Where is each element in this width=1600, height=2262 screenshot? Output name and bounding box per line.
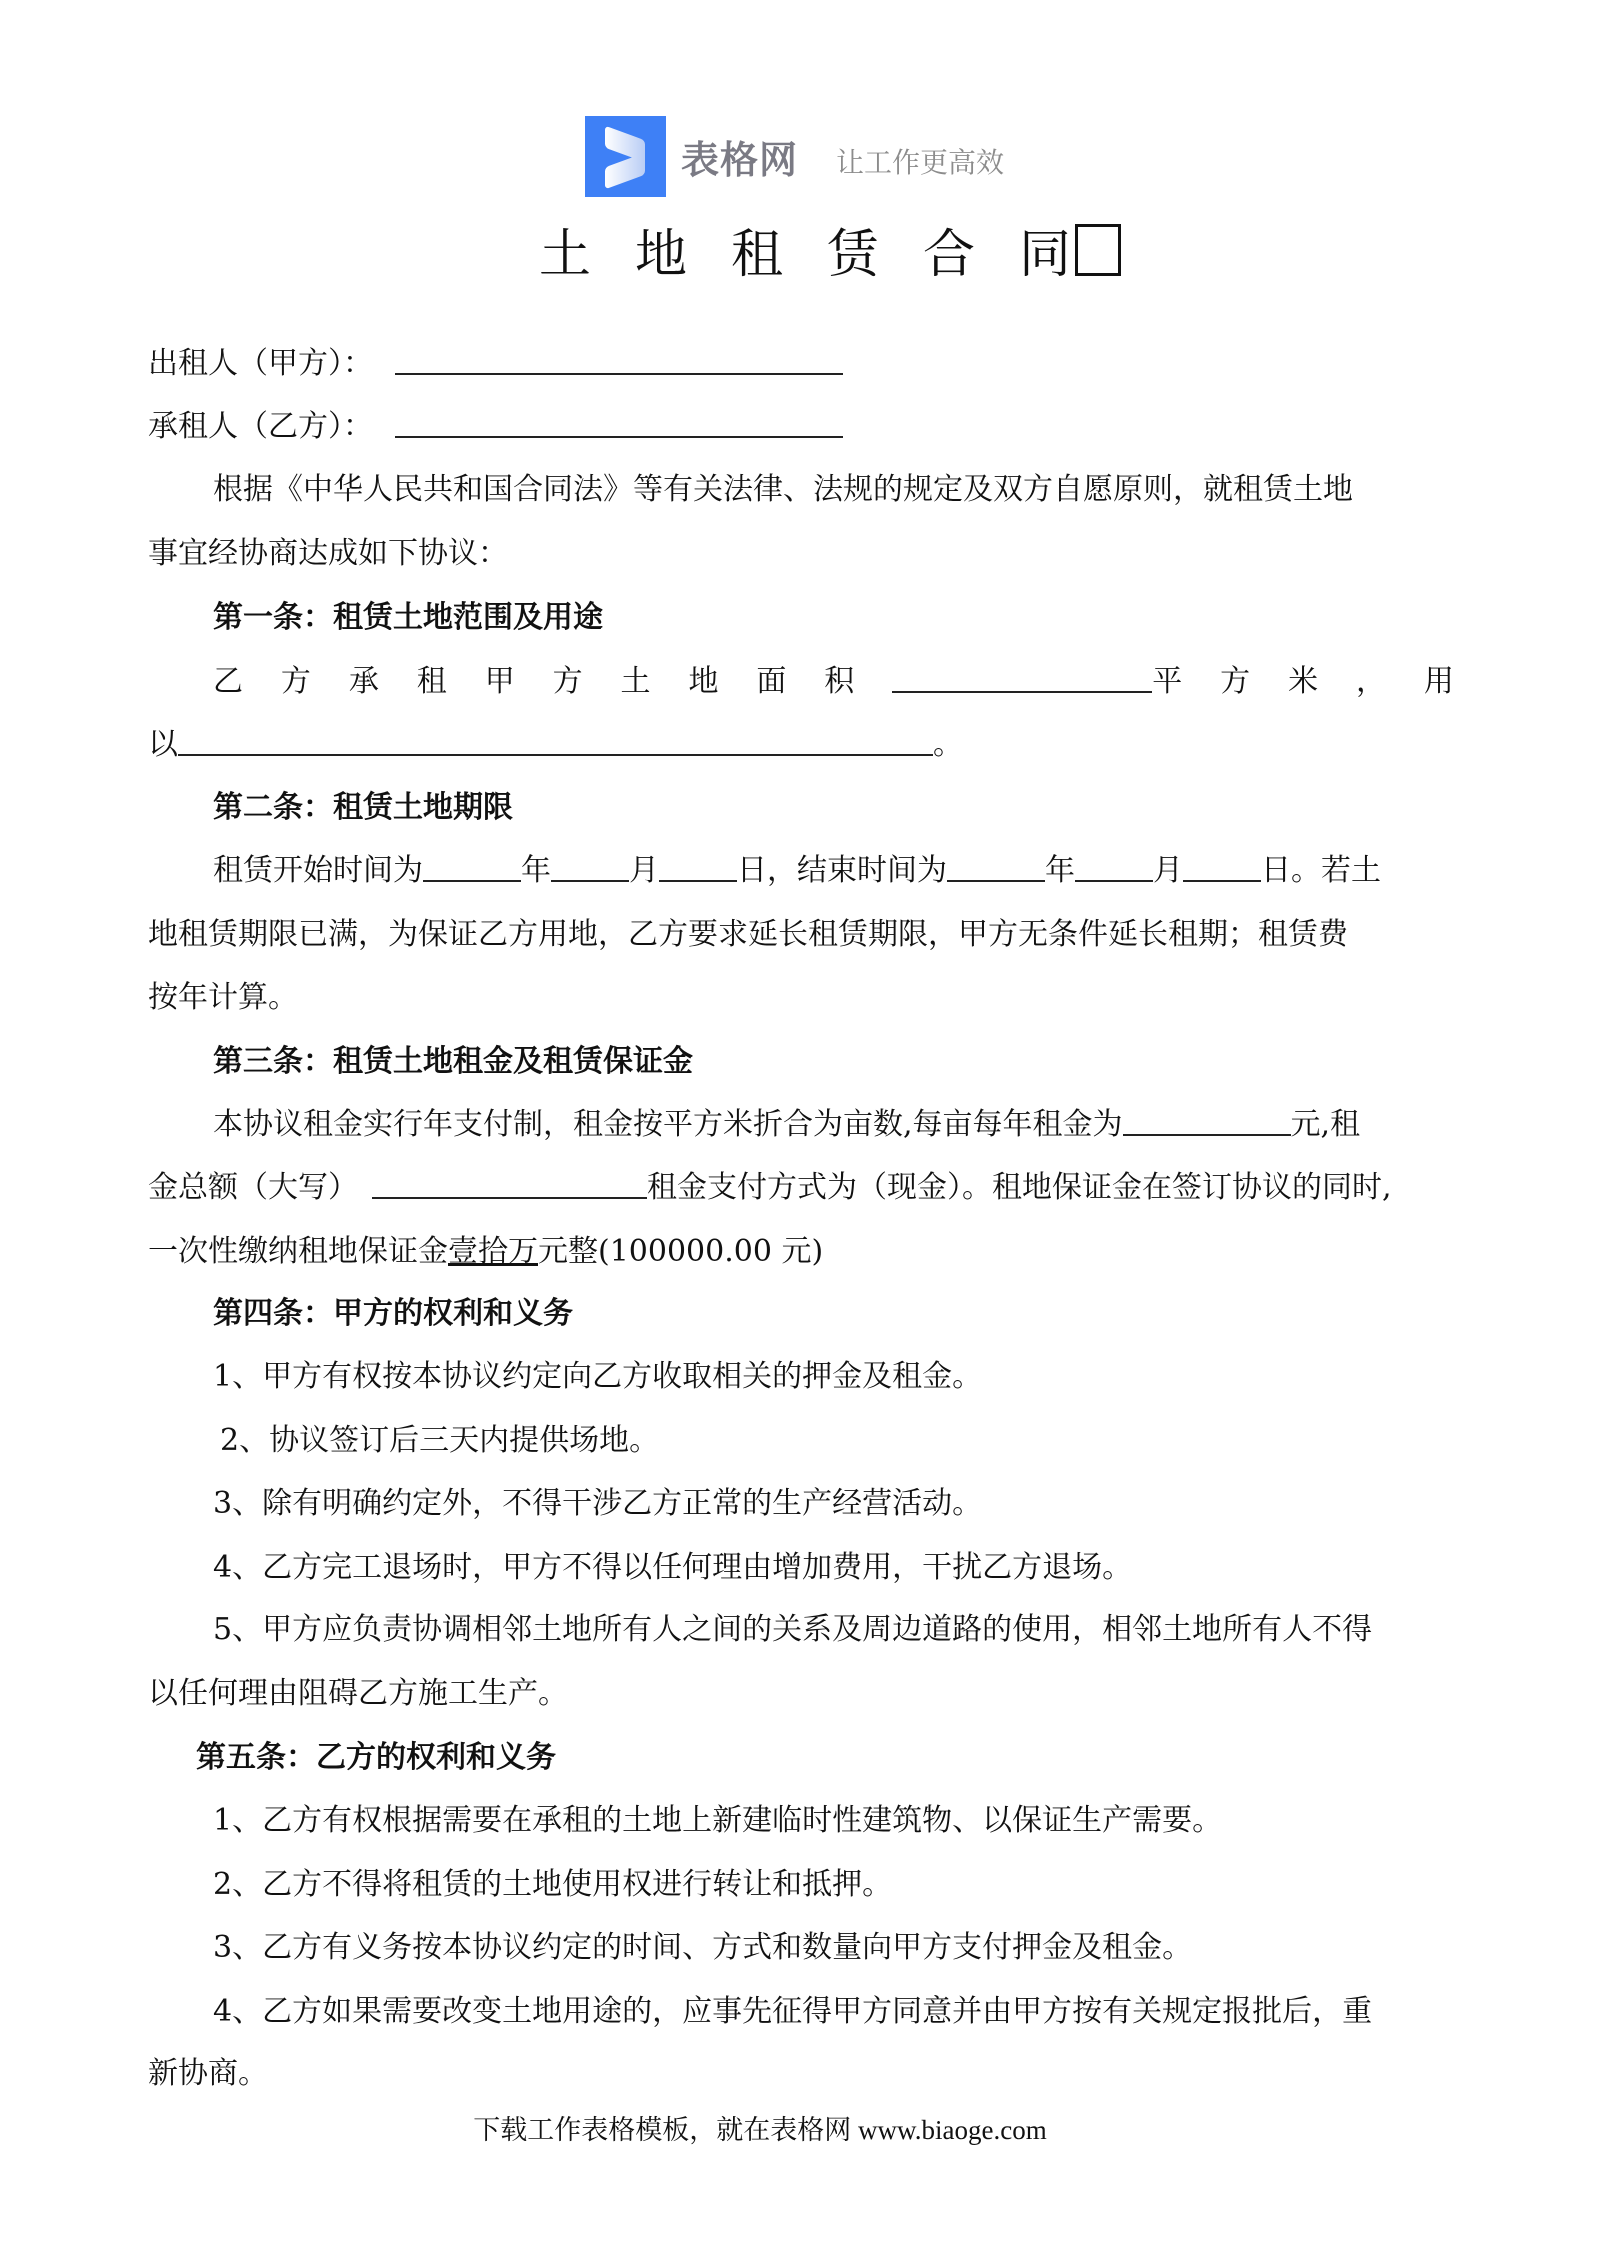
preamble-line-2: 事宜经协商达成如下协议： xyxy=(148,522,1454,585)
land-usage-field[interactable] xyxy=(178,718,933,756)
biaoge-logo-icon xyxy=(585,116,666,197)
article-5-item-4: 4、乙方如果需要改变土地用途的，应事先征得甲方同意并由甲方按有关规定报批后，重 xyxy=(148,1980,1454,2043)
end-year-field[interactable] xyxy=(947,844,1045,882)
article-2-line-2: 地租赁期限已满，为保证乙方用地，乙方要求延长租赁期限，甲方无条件延长租期；租赁费 xyxy=(148,903,1454,966)
article-5-item-3: 3、乙方有义务按本协议约定的时间、方式和数量向甲方支付押金及租金。 xyxy=(148,1916,1454,1979)
article-4-item-1: 1、甲方有权按本协议约定向乙方收取相关的押金及租金。 xyxy=(148,1345,1454,1408)
article-1-heading: 第一条：租赁土地范围及用途 xyxy=(148,586,1454,649)
end-month-field[interactable] xyxy=(1075,844,1153,882)
article-1-line-2: 以。 xyxy=(148,713,1454,776)
article-4-item-3: 3、除有明确约定外，不得干涉乙方正常的生产经营活动。 xyxy=(148,1472,1454,1535)
article-5-heading: 第五条：乙方的权利和义务 xyxy=(148,1726,1454,1789)
start-month-field[interactable] xyxy=(551,844,629,882)
lessee-name-field[interactable] xyxy=(395,400,843,438)
article-4-item-2: 2、协议签订后三天内提供场地。 xyxy=(148,1409,1454,1472)
article-1-line-1: 乙 方 承 租 甲 方 土 地 面 积 平 方 米 ， 用 xyxy=(148,650,1454,713)
article-5-item-1: 1、乙方有权根据需要在承租的土地上新建临时性建筑物、以保证生产需要。 xyxy=(148,1789,1454,1852)
lessee-line: 承租人（乙方）： xyxy=(148,395,1454,458)
total-rent-field[interactable] xyxy=(372,1161,647,1199)
article-5-item-4-cont: 新协商。 xyxy=(148,2042,1454,2105)
brand-name: 表格网 xyxy=(681,129,798,184)
article-4-item-5-cont: 以任何理由阻碍乙方施工生产。 xyxy=(148,1662,1454,1725)
end-day-field[interactable] xyxy=(1183,844,1261,882)
brand-slogan: 让工作更高效 xyxy=(836,141,1004,181)
article-3-heading: 第三条：租赁土地租金及租赁保证金 xyxy=(148,1030,1454,1093)
article-3-line-2: 金总额（大写）租金支付方式为（现金）。租地保证金在签订协议的同时, xyxy=(148,1156,1454,1219)
start-day-field[interactable] xyxy=(659,844,737,882)
lessor-line: 出租人（甲方）： xyxy=(148,332,1454,395)
land-area-field[interactable] xyxy=(892,655,1152,693)
article-4-item-4: 4、乙方完工退场时，甲方不得以任何理由增加费用，干扰乙方退场。 xyxy=(148,1536,1454,1599)
article-2-line-3: 按年计算。 xyxy=(148,966,1454,1029)
article-5-item-2: 2、乙方不得将租赁的土地使用权进行转让和抵押。 xyxy=(148,1853,1454,1916)
article-4-heading: 第四条：甲方的权利和义务 xyxy=(148,1282,1454,1345)
article-3-line-1: 本协议租金实行年支付制，租金按平方米折合为亩数,每亩每年租金为元,租 xyxy=(148,1093,1454,1156)
start-year-field[interactable] xyxy=(423,844,521,882)
article-4-item-5: 5、甲方应负责协调相邻土地所有人之间的关系及周边道路的使用，相邻土地所有人不得 xyxy=(148,1598,1454,1661)
document-title: 土地租赁合同 xyxy=(0,212,1600,287)
deposit-amount-words: 壹拾万 xyxy=(448,1234,538,1269)
missing-glyph-box xyxy=(1075,224,1121,276)
footer-text: 下载工作表格模板，就在表格网 www.biaoge.com xyxy=(0,2108,1600,2147)
brand-logo: 表格网 让工作更高效 xyxy=(585,115,1004,197)
article-2-heading: 第二条：租赁土地期限 xyxy=(148,776,1454,839)
lessor-name-field[interactable] xyxy=(395,337,843,375)
article-2-line-1: 租赁开始时间为年月日，结束时间为年月日。若土 xyxy=(148,839,1454,902)
article-3-line-3: 一次性缴纳租地保证金壹拾万元整(100000.00 元) xyxy=(148,1220,1454,1283)
preamble-line-1: 根据《中华人民共和国合同法》等有关法律、法规的规定及双方自愿原则，就租赁土地 xyxy=(148,458,1454,521)
rent-per-mu-field[interactable] xyxy=(1123,1098,1291,1136)
